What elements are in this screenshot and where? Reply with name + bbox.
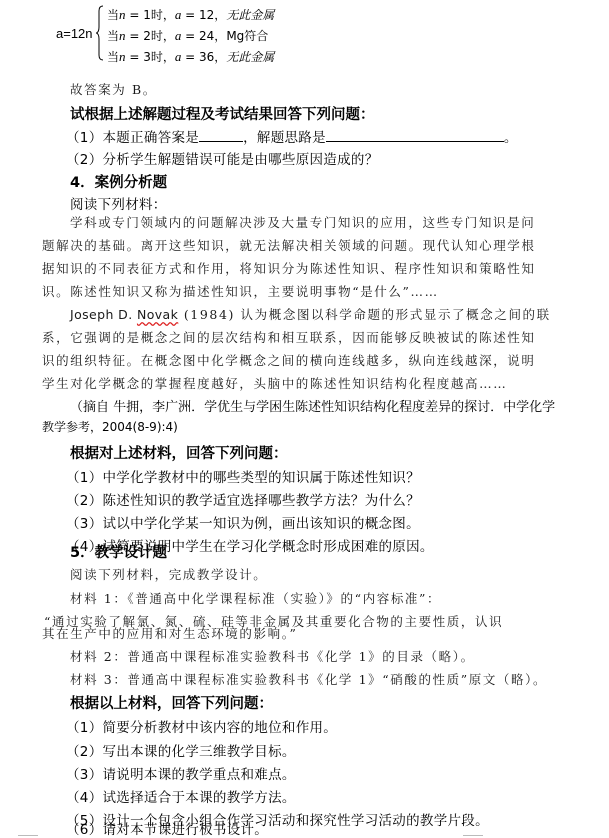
section5-prompt: 根据以上材料，回答下列问题： — [70, 692, 273, 713]
para1-line-1: 学科或专门领域内的问题解决涉及大量专门知识的应用，这些专门知识是问 — [70, 213, 535, 231]
formula-lhs: a=12n — [56, 26, 93, 41]
answer-line: 故答案为 B。 — [70, 80, 157, 98]
para2-line-3: 识的组织特征。在概念图中化学概念之间的横向连线越多，纵向连线越深，说明 — [42, 351, 536, 369]
citation-line-1: （摘自 牛拥，李广洲．学优生与学困生陈述性知识结构化程度差异的探讨．中学化学 — [70, 396, 555, 415]
page-corner-mark-left — [18, 835, 38, 836]
section4-q1: （1）中学化学教材中的哪些类型的知识属于陈述性知识？ — [66, 466, 420, 486]
para1-line-3: 据知识的不同表征方式和作用，将知识分为陈述性知识、程序性知识和策略性知 — [42, 259, 536, 277]
section5-heading: 5．教学设计题 — [70, 541, 167, 562]
para2-line-4: 学生对化学概念的掌握程度越好，头脑中的陈述性知识结构化程度越高…… — [42, 374, 507, 392]
material-2: 材料 2：普通高中课程标准实验教科书《化学 1》的目录（略）。 — [70, 647, 475, 665]
formula-text: a=12n — [56, 26, 93, 41]
spellcheck-flagged-word: Novak — [137, 307, 178, 322]
section5-q6: （6）请对本节课进行板书设计。 — [66, 818, 268, 838]
section5-q3: （3）请说明本课的教学重点和难点。 — [66, 763, 296, 783]
section4-q3: （3）试以中学化学某一知识为例，画出该知识的概念图。 — [66, 512, 420, 532]
section5-q4: （4）试选择适合于本课的教学方法。 — [66, 786, 296, 806]
formula-case-1: 当n = 1时，a = 12，无此金属 — [107, 6, 274, 23]
formula-case-2: 当n = 2时，a = 24，Mg符合 — [107, 27, 268, 44]
material-1: 材料 1：《普通高中化学课程标准（实验）》的“内容标准”： — [70, 589, 441, 607]
section4-q2: （2）陈述性知识的教学适宜选择哪些教学方法？为什么？ — [66, 489, 420, 509]
section5-q2: （2）写出本课的化学三维教学目标。 — [66, 740, 296, 760]
section3-q2: （2）分析学生解题错误可能是由哪些原因造成的？ — [66, 148, 379, 168]
section4-heading: 4．案例分析题 — [70, 171, 167, 192]
section5-q1: （1）简要分析教材中该内容的地位和作用。 — [66, 716, 337, 736]
answer-blank[interactable] — [199, 129, 243, 142]
para1-line-2: 题解决的基础。离开这些知识，就无法解决相关领域的问题。现代认知心理学根 — [42, 236, 536, 254]
reasoning-blank[interactable] — [326, 129, 504, 142]
section4-intro: 阅读下列材料： — [70, 193, 167, 213]
section3-prompt: 试根据上述解题过程及考试结果回答下列问题： — [70, 103, 375, 124]
brace-icon — [96, 5, 104, 61]
section5-intro: 阅读下列材料，完成教学设计。 — [70, 565, 267, 583]
quote-line-2: 其在生产中的应用和对生态环境的影响。” — [42, 624, 298, 642]
material-3: 材料 3：普通高中课程标准实验教科书《化学 1》“硝酸的性质”原文（略）。 — [70, 670, 547, 688]
document-page: a=12n 当n = 1时，a = 12，无此金属 当n = 2时，a = 24… — [0, 0, 609, 838]
para2-line-1: Joseph D. Novak (1984) 认为概念图以科学命题的形式显示了概… — [70, 305, 551, 323]
section3-q1: （1）本题正确答案是，解题思路是。 — [66, 126, 518, 146]
formula-case-3: 当n = 3时，a = 36，无此金属 — [107, 48, 274, 65]
section4-prompt: 根据对上述材料，回答下列问题： — [70, 442, 288, 463]
para2-line-2: 系，它强调的是概念之间的层次结构和相互联系，因而能够反映被试的陈述性知 — [42, 328, 536, 346]
citation-line-2: 教学参考，2004(8-9):4) — [42, 418, 178, 435]
page-corner-mark-right — [463, 835, 483, 836]
para1-line-4: 识。陈述性知识又称为描述性知识，主要说明事物“是什么”…… — [42, 282, 439, 300]
